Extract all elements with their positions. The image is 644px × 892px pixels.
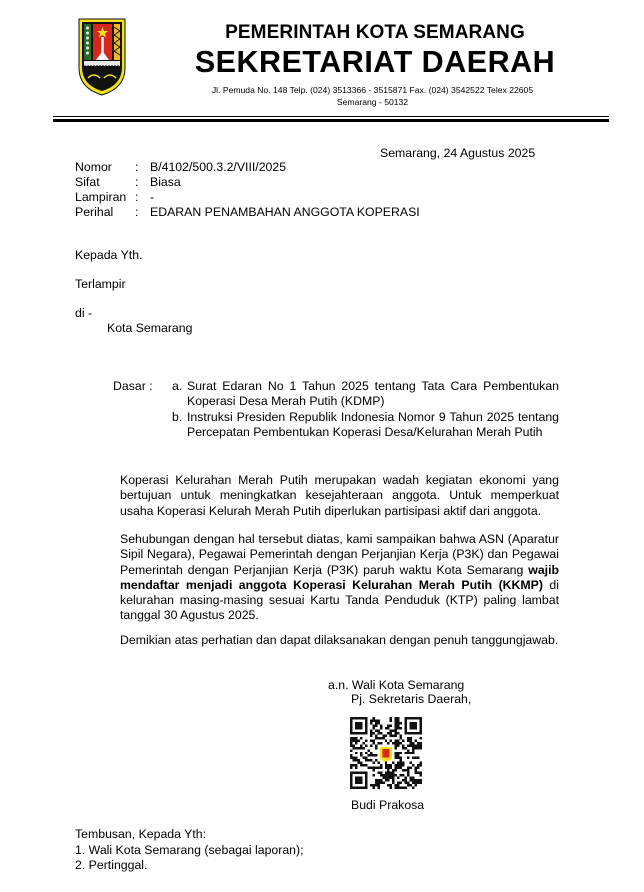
recipient-salutation: Kepada Yth. xyxy=(75,248,142,263)
meta-label: Perihal xyxy=(75,205,113,220)
meta-value: - xyxy=(150,190,154,205)
meta-colon: : xyxy=(135,205,138,220)
meta-colon: : xyxy=(135,160,138,175)
recipient-addressee: Terlampir xyxy=(75,277,126,292)
dasar-item-mark: a. xyxy=(172,379,187,410)
address-line-1: Jl. Pemuda No. 148 Telp. (024) 3513366 -… xyxy=(150,84,595,96)
meta-label: Lampiran xyxy=(75,190,126,205)
letterhead-divider-thin xyxy=(53,116,609,117)
recipient-at: di - xyxy=(75,306,92,321)
meta-label: Sifat xyxy=(75,175,100,190)
signature-qr-code-icon xyxy=(350,717,422,789)
meta-value: B/4102/500.3.2/VIII/2025 xyxy=(150,160,286,175)
dasar-item: b. Instruksi Presiden Republik Indonesia… xyxy=(172,410,559,441)
signature-name: Budi Prakosa xyxy=(351,798,424,813)
dasar-item-text: Surat Edaran No 1 Tahun 2025 tentang Tat… xyxy=(187,379,559,410)
address-line-2: Semarang - 50132 xyxy=(150,96,595,108)
letterhead-government: PEMERINTAH KOTA SEMARANG xyxy=(190,22,560,44)
cc-item: 2. Pertinggal. xyxy=(75,858,304,874)
cc-heading: Tembusan, Kepada Yth: xyxy=(75,827,304,843)
letterhead-address: Jl. Pemuda No. 148 Telp. (024) 3513366 -… xyxy=(150,84,595,108)
body-paragraph-1: Koperasi Kelurahan Merah Putih merupakan… xyxy=(120,473,559,519)
letter-date: Semarang, 24 Agustus 2025 xyxy=(380,146,535,161)
recipient-place: Kota Semarang xyxy=(107,321,192,336)
dasar-item: a. Surat Edaran No 1 Tahun 2025 tentang … xyxy=(172,379,559,410)
letterhead-divider-thick xyxy=(53,119,609,122)
meta-colon: : xyxy=(135,190,138,205)
meta-colon: : xyxy=(135,175,138,190)
meta-value: Biasa xyxy=(150,175,181,190)
dasar-item-text: Instruksi Presiden Republik Indonesia No… xyxy=(187,410,559,441)
body-paragraph-2: Sehubungan dengan hal tersebut diatas, k… xyxy=(120,532,559,624)
signature-on-behalf: a.n. Wali Kota Semarang xyxy=(328,678,464,693)
signature-title: Pj. Sekretaris Daerah, xyxy=(351,692,471,707)
dasar-label: Dasar : xyxy=(113,379,153,394)
meta-label: Nomor xyxy=(75,160,112,175)
letterhead-office: SEKRETARIAT DAERAH xyxy=(180,45,570,80)
body-paragraph-3: Demikian atas perhatian dan dapat dilaks… xyxy=(120,633,580,648)
semarang-coat-of-arms-icon xyxy=(78,18,126,96)
dasar-item-mark: b. xyxy=(172,410,187,441)
meta-value: EDARAN PENAMBAHAN ANGGOTA KOPERASI xyxy=(150,205,420,220)
cc-item: 1. Wali Kota Semarang (sebagai laporan); xyxy=(75,843,304,859)
dasar-list: a. Surat Edaran No 1 Tahun 2025 tentang … xyxy=(172,379,559,440)
body-paragraph-2-intro: Sehubungan dengan hal tersebut diatas, k… xyxy=(120,532,559,577)
cc-list: Tembusan, Kepada Yth: 1. Wali Kota Semar… xyxy=(75,827,304,874)
